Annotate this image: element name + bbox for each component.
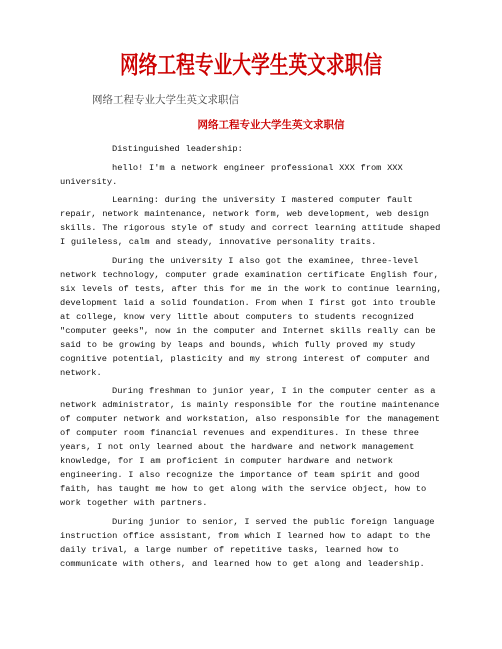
body-paragraph-intro: hello! I'm a network engineer profession… [60,161,448,189]
page-title: 网络工程专业大学生英文求职信 [0,48,502,82]
body-paragraph-junior-senior: During junior to senior, I served the pu… [60,515,448,571]
subtitle-line: 网络工程专业大学生英文求职信 [92,94,502,107]
document-page: 网络工程专业大学生英文求职信 网络工程专业大学生英文求职信 网络工程专业大学生英… [0,0,502,649]
body-paragraph-salutation: Distinguished leadership: [60,142,448,156]
body-paragraph-certificates: During the university I also got the exa… [60,254,448,380]
section-heading: 网络工程专业大学生英文求职信 [0,119,502,132]
body-paragraph-learning: Learning: during the university I master… [60,193,448,249]
body-paragraph-freshman-junior: During freshman to junior year, I in the… [60,384,448,510]
letter-body: Distinguished leadership: hello! I'm a n… [60,142,448,571]
page-title-text: 网络工程专业大学生英文求职信 [120,48,382,82]
